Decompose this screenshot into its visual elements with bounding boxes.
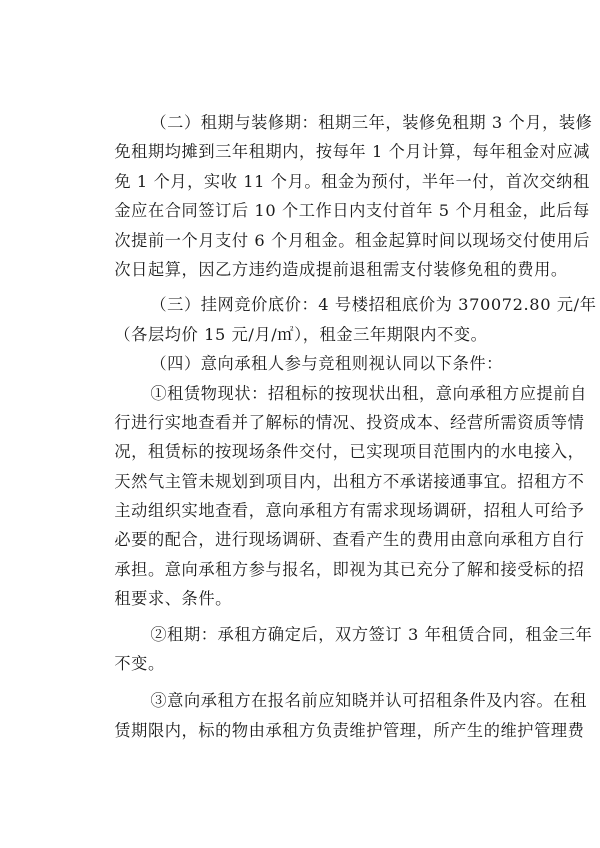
text-line: 必要的配合，进行现场调研、查看产生的费用由意向承租方自行 bbox=[82, 525, 520, 554]
text-line: 不变。 bbox=[82, 649, 520, 678]
text-line: 行进行实地查看并了解标的情况、投资成本、经营所需资质等情 bbox=[82, 408, 520, 437]
text-line: （四）意向承租人参与竞租则视认同以下条件： bbox=[82, 349, 520, 378]
text-line: （三）挂网竞价底价：4 号楼招租底价为 370072.80 元/年 bbox=[82, 290, 520, 319]
paragraph-condition-2-lease-period: ②租期：承租方确定后，双方签订 3 年租赁合同，租金三年 不变。 bbox=[82, 620, 520, 679]
text-line: 况，租赁标的按现场条件交付，已实现项目范围内的水电接入， bbox=[82, 437, 520, 466]
text-line: （二）租期与装修期：租期三年，装修免租期 3 个月，装修 bbox=[82, 108, 520, 137]
paragraph-bidder-conditions: （四）意向承租人参与竞租则视认同以下条件： bbox=[82, 349, 520, 378]
text-line: 天然气主管未规划到项目内，出租方不承诺接通事宜。招租方不 bbox=[82, 467, 520, 496]
text-line: ③意向承租方在报名前应知晓并认可招租条件及内容。在租 bbox=[82, 686, 520, 715]
paragraph-condition-1-property-status: ①租赁物现状：招租标的按现状出租，意向承租方应提前自 行进行实地查看并了解标的情… bbox=[82, 379, 520, 614]
text-line: 次提前一个月支付 6 个月租金。租金起算时间以现场交付使用后 bbox=[82, 226, 520, 255]
text-line: ①租赁物现状：招租标的按现状出租，意向承租方应提前自 bbox=[82, 379, 520, 408]
document-page: （二）租期与装修期：租期三年，装修免租期 3 个月，装修 免租期均摊到三年租期内… bbox=[82, 108, 520, 745]
text-line: 主动组织实地查看，意向承租方有需求现场调研，招租人可给予 bbox=[82, 496, 520, 525]
text-line: 免租期均摊到三年租期内，按每年 1 个月计算，每年租金对应减 bbox=[82, 137, 520, 166]
paragraph-gap bbox=[82, 678, 520, 686]
text-line: ②租期：承租方确定后，双方签订 3 年租赁合同，租金三年 bbox=[82, 620, 520, 649]
text-line: （各层均价 15 元/月/㎡），租金三年期限内不变。 bbox=[82, 320, 520, 349]
paragraph-condition-3-acknowledgement: ③意向承租方在报名前应知晓并认可招租条件及内容。在租 赁期限内，标的物由承租方负… bbox=[82, 686, 520, 745]
paragraph-lease-term-renovation: （二）租期与装修期：租期三年，装修免租期 3 个月，装修 免租期均摊到三年租期内… bbox=[82, 108, 520, 284]
text-line: 承担。意向承租方参与报名，即视为其已充分了解和接受标的招 bbox=[82, 555, 520, 584]
text-line: 赁期限内，标的物由承租方负责维护管理，所产生的维护管理费 bbox=[82, 716, 520, 745]
text-line: 金应在合同签订后 10 个工作日内支付首年 5 个月租金，此后每 bbox=[82, 196, 520, 225]
text-line: 租要求、条件。 bbox=[82, 584, 520, 613]
text-line: 次日起算，因乙方违约造成提前退租需支付装修免租的费用。 bbox=[82, 255, 520, 284]
text-line: 免 1 个月，实收 11 个月。租金为预付，半年一付，首次交纳租 bbox=[82, 167, 520, 196]
paragraph-listing-reserve-price: （三）挂网竞价底价：4 号楼招租底价为 370072.80 元/年 （各层均价 … bbox=[82, 290, 520, 349]
